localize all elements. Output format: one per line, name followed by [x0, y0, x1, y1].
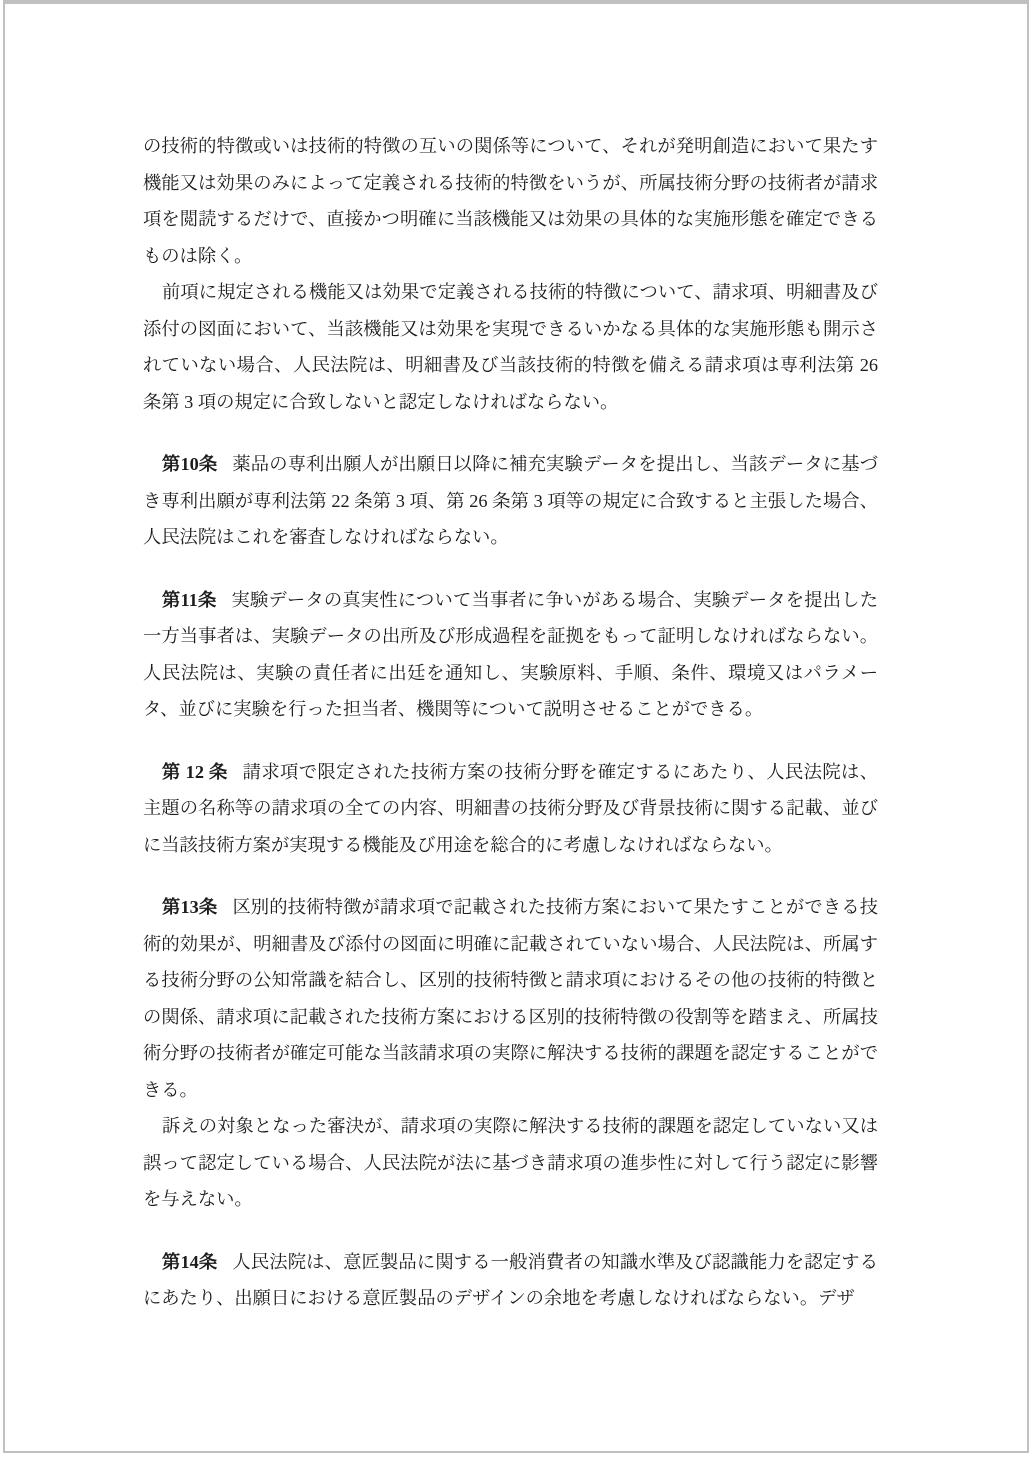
document-page: の技術的特徴或いは技術的特徴の互いの関係等について、それが発明創造において果たす…: [3, 0, 1029, 1453]
paragraph-preceding-clause: 前項に規定される機能又は効果で定義される技術的特徴について、請求項、明細書及び添…: [143, 274, 878, 420]
paragraph-article-11: 第11条実験データの真実性について当事者に争いがある場合、実験データを提出した一…: [143, 582, 878, 728]
paragraph-article-13-second-clause: 訴えの対象となった審決が、請求項の実際に解決する技術的課題を認定していない又は誤…: [143, 1108, 878, 1218]
article-13-text: 区別的技術特徴が請求項で記載された技術方案において果たすことができる技術的効果が…: [143, 897, 878, 1100]
paragraph-article-13: 第13条区別的技術特徴が請求項で記載された技術方案において果たすことができる技術…: [143, 889, 878, 1108]
article-14-label: 第14条: [162, 1252, 217, 1272]
page-content: の技術的特徴或いは技術的特徴の互いの関係等について、それが発明創造において果たす…: [5, 4, 1027, 1317]
article-10-text: 薬品の専利出願人が出願日以降に補充実験データを提出し、当該データに基づき専利出願…: [143, 454, 878, 547]
article-14-text: 人民法院は、意匠製品に関する一般消費者の知識水準及び認識能力を認定するにあたり、…: [143, 1252, 878, 1309]
paragraph-continuation: の技術的特徴或いは技術的特徴の互いの関係等について、それが発明創造において果たす…: [143, 128, 878, 274]
paragraph-article-12: 第 12 条請求項で限定された技術方案の技術分野を確定するにあたり、人民法院は、…: [143, 754, 878, 864]
article-12-label: 第 12 条: [162, 762, 228, 782]
article-13-label: 第13条: [162, 897, 217, 917]
article-12-text: 請求項で限定された技術方案の技術分野を確定するにあたり、人民法院は、主題の名称等…: [143, 762, 878, 855]
article-11-label: 第11条: [162, 590, 216, 610]
article-11-text: 実験データの真実性について当事者に争いがある場合、実験データを提出した一方当事者…: [143, 590, 878, 720]
article-10-label: 第10条: [162, 454, 217, 474]
paragraph-article-10: 第10条薬品の専利出願人が出願日以降に補充実験データを提出し、当該データに基づき…: [143, 446, 878, 556]
paragraph-article-14: 第14条人民法院は、意匠製品に関する一般消費者の知識水準及び認識能力を認定するに…: [143, 1244, 878, 1317]
